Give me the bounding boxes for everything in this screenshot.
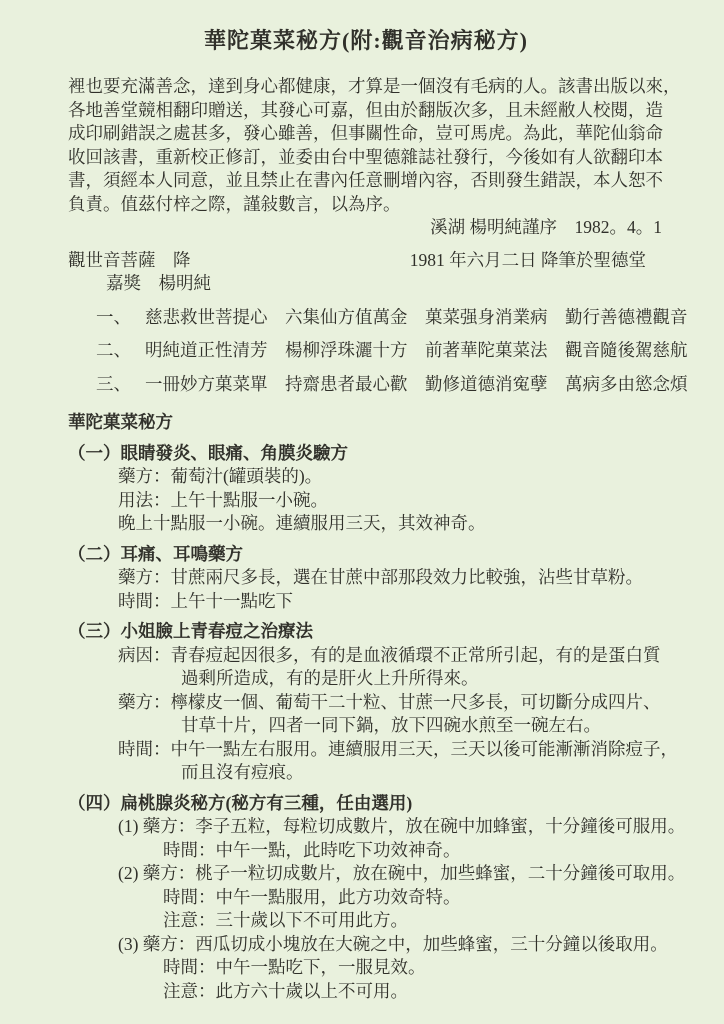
recipe-line-continuation: 甘草十片，四者一同下鍋，放下四碗水煎至一碗左右。	[68, 714, 664, 738]
verse-number: 二、	[96, 340, 131, 360]
preface-line: 裡也要充滿善念，達到身心都健康，才算是一個沒有毛病的人。該書出版以來，	[68, 75, 664, 99]
recipe-line: 時間：上午十一點吃下	[68, 590, 664, 614]
preface-line: 收回該書，重新校正修訂，並委由台中聖德雜誌社發行，今後如有人欲翻印本	[68, 146, 664, 170]
preface-paragraph: 裡也要充滿善念，達到身心都健康，才算是一個沒有毛病的人。該書出版以來， 各地善堂…	[68, 75, 664, 240]
verse-line-1: 一、慈悲救世菩提心 六集仙方值萬金 菓菜强身消業病 勤行善德禮觀音	[68, 306, 664, 330]
verse-line-2: 二、明純道正性清芳 楊柳浮珠灑十方 前著華陀菓菜法 觀音隨後駕慈航	[68, 339, 664, 363]
recipe-line-continuation: 時間：中午一點吃下，一服見效。	[68, 956, 664, 980]
preface-line: 負責。值茲付梓之際，謹敍數言，以為序。	[68, 193, 664, 217]
recipe-line: (3) 藥方：西瓜切成小塊放在大碗之中，加些蜂蜜，三十分鐘以後取用。	[68, 933, 664, 957]
recipe-section-1: （一）眼睛發炎、眼痛、角膜炎驗方 藥方：葡萄汁(罐頭裝的)。 用法：上午十點服一…	[68, 442, 664, 536]
recipe-line: 藥方：檸檬皮一個、葡萄干二十粒、甘蔗一尺多長，可切斷分成四片、	[68, 691, 664, 715]
recipe-line-continuation: 注意：三十歲以下不可用此方。	[68, 909, 664, 933]
recipe-line-continuation: 注意：此方六十歲以上不可用。	[68, 980, 664, 1004]
recipe-section-title: （三）小姐臉上青春痘之治療法	[68, 620, 664, 644]
preface-line: 各地善堂競相翻印贈送，其發心可嘉，但由於翻版次多，且未經敝人校閱，造	[68, 99, 664, 123]
deity-name: 觀世音菩薩 降	[68, 249, 191, 273]
verse-number: 一、	[96, 307, 131, 327]
recipe-line: 藥方：葡萄汁(罐頭裝的)。	[68, 465, 664, 489]
recipe-section-2: （二）耳痛、耳鳴藥方 藥方：甘蔗兩尺多長，選在甘蔗中部那段效力比較強，沾些甘草粉…	[68, 543, 664, 614]
award-line: 嘉獎 楊明純	[68, 272, 664, 296]
recipe-line: 用法：上午十點服一小碗。	[68, 489, 664, 513]
recipe-section-title: （四）扁桃腺炎秘方(秘方有三種，任由選用)	[68, 792, 664, 816]
verse-number: 三、	[96, 374, 131, 394]
recipe-section-3: （三）小姐臉上青春痘之治療法 病因：青春痘起因很多，有的是血液循環不正常所引起，…	[68, 620, 664, 785]
preface-line: 書，須經本人同意，並且禁止在書內任意刪增內容，否則發生錯誤，本人恕不	[68, 169, 664, 193]
preface-signature: 溪湖 楊明純謹序 1982。4。1	[68, 216, 664, 240]
recipe-section-title: （一）眼睛發炎、眼痛、角膜炎驗方	[68, 442, 664, 466]
recipe-line: (2) 藥方：桃子一粒切成數片，放在碗中，加些蜂蜜，二十分鐘後可取用。	[68, 862, 664, 886]
recipe-line: 藥方：甘蔗兩尺多長，選在甘蔗中部那段效力比較強，沾些甘草粉。	[68, 566, 664, 590]
verse-text: 明純道正性清芳 楊柳浮珠灑十方 前著華陀菓菜法 觀音隨後駕慈航	[145, 340, 688, 360]
document-title: 華陀菓菜秘方(附:觀音治病秘方)	[68, 26, 664, 56]
recipe-line-continuation: 而且沒有痘痕。	[68, 761, 664, 785]
revelation-header: 觀世音菩薩 降 1981 年六月二日 降筆於聖德堂	[68, 249, 664, 273]
recipe-line-continuation: 過剩所造成，有的是肝火上升所得來。	[68, 667, 664, 691]
recipe-line: 晚上十點服一小碗。連續服用三天，其效神奇。	[68, 512, 664, 536]
document-page: 華陀菓菜秘方(附:觀音治病秘方) 裡也要充滿善念，達到身心都健康，才算是一個沒有…	[0, 0, 724, 1024]
recipe-line: 時間：中午一點左右服用。連續服用三天，三天以後可能漸漸消除痘子，	[68, 738, 664, 762]
recipe-section-title: （二）耳痛、耳鳴藥方	[68, 543, 664, 567]
recipe-line-continuation: 時間：中午一點，此時吃下功效神奇。	[68, 839, 664, 863]
verse-line-3: 三、一冊妙方菓菜單 持齋患者最心歡 勤修道德消寃孽 萬病多由慾念煩	[68, 373, 664, 397]
verse-text: 一冊妙方菓菜單 持齋患者最心歡 勤修道德消寃孽 萬病多由慾念煩	[145, 374, 688, 394]
verse-text: 慈悲救世菩提心 六集仙方值萬金 菓菜强身消業病 勤行善德禮觀音	[145, 307, 688, 327]
recipes-heading: 華陀菓菜秘方	[68, 411, 664, 435]
recipe-section-4: （四）扁桃腺炎秘方(秘方有三種，任由選用) (1) 藥方：李子五粒，每粒切成數片…	[68, 792, 664, 1004]
recipe-line: 病因：青春痘起因很多，有的是血液循環不正常所引起，有的是蛋白質	[68, 644, 664, 668]
recipe-line: (1) 藥方：李子五粒，每粒切成數片，放在碗中加蜂蜜，十分鐘後可服用。	[68, 815, 664, 839]
preface-line: 成印刷錯誤之處甚多，發心雖善，但事關性命，豈可馬虎。為此，華陀仙翁命	[68, 122, 664, 146]
recipe-line-continuation: 時間：中午一點服用，此方功效奇特。	[68, 886, 664, 910]
revelation-date: 1981 年六月二日 降筆於聖德堂	[410, 249, 664, 273]
